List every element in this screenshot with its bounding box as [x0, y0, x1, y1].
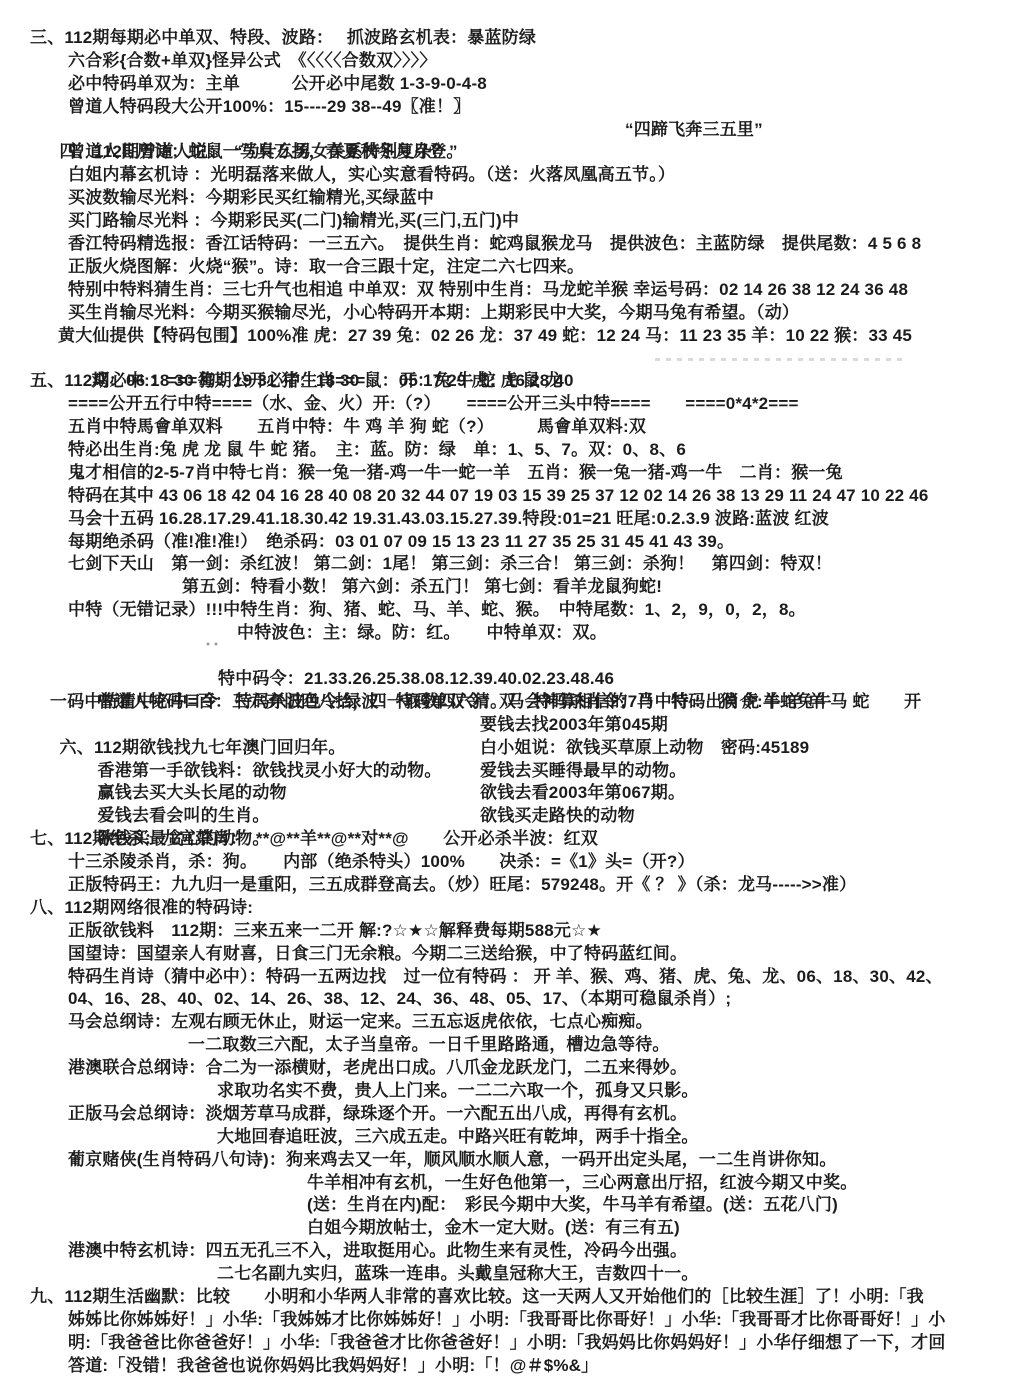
- text-line: 七剑下天山 第一剑：杀红波！ 第二剑：1尾！ 第三剑：杀三合！ 第三剑：杀狗！ …: [0, 553, 1014, 576]
- section-5: 五、112期必中:：===每期公开必中生肖=== 开：兔 牛 蛇 虎 鼠 龙 =…: [0, 370, 1014, 713]
- text-line: 04、16、28、40、02、14、26、38、12、24、36、48、05、1…: [0, 988, 1014, 1011]
- section-9: 九、112期生活幽默：比较 小明和小华两人非常的喜欢比较。这一天两人又开始他们的…: [0, 1286, 1014, 1378]
- lottery-tip-sheet: 三、112期每期必中单双、特段、波路： 抓波路玄机表：暴蓝防绿 六合彩{合数+单…: [0, 0, 1014, 1378]
- section-7: 七、112期绝杀：九宫禁肖： **@**羊**@**对**@ 公开必杀半波：红双…: [0, 828, 1014, 897]
- text-line: 必中特码单双为：主单 公开必中尾数 1-3-9-0-4-8: [0, 73, 1014, 96]
- text-line: 一码中特猜中必中=百：三六弃旧四八拾，四一取数四六猜。马会神算相信的7肖中特 ：…: [0, 691, 1014, 714]
- text-line: 八、112期网络很准的特码诗:: [0, 897, 1014, 920]
- text-line: 买生肖输尽光料：今期买猴输尽光，小心特码开本期：上期彩民中大奖，今期马兔有希望。…: [0, 302, 1014, 325]
- text-line: 七、112期绝杀：九宫禁肖： **@**羊**@**对**@ 公开必杀半波：红双: [0, 828, 1014, 851]
- text-line: 港澳联合总纲诗：合二为一添横财，老虎出口成。八爪金龙跃龙门，二五来得妙。: [0, 1057, 1014, 1080]
- text-line: ====公开五行中特====（水、金、火）开:（?） ====公开三头中特===…: [0, 393, 1014, 416]
- text-line: 姊姊比你姊姊好！」小华:「我姊姊才比你姊姊好！」小明:「我哥哥比你哥好！」小华:…: [0, 1309, 1014, 1332]
- text-line: 十三杀陵杀肖，杀：狗。 内部（绝杀特头）100% 决杀：=《1》头=（开?）: [0, 851, 1014, 874]
- text-line: 正版火烧图解：火烧“猴”。诗：取一合三跟十定，注定二六七四来。: [0, 256, 1014, 279]
- text-line: 白姐今期放帖士，金木一定大财。(送：有三有五): [0, 1217, 1014, 1240]
- text-line: 六、112期欲钱找九七年澳门回归年。 要钱去找2003年第045期: [0, 714, 1014, 737]
- text-line: 白姐内幕玄机诗 ：光明磊落来做人，实心实意看特码。（送：火落凤凰高五节。）: [0, 164, 1014, 187]
- text-line: 明:「我爸爸比你爸爸好！」小华:「我爸爸才比你爸爸好！」小明:「我妈妈比你妈妈好…: [0, 1332, 1014, 1355]
- text-line: 葡京赌侠(生肖特码八句诗)：狗来鸡去又一年，顺风顺水顺人意，一码开出定头尾，一二…: [0, 1149, 1014, 1172]
- text-line: 马会十五码 16.28.17.29.41.18.30.42 19.31.43.0…: [0, 508, 1014, 531]
- scan-artifact: [655, 358, 907, 361]
- text-line: 爱钱去看会叫的生肖。 欲钱去看2003年第067期。: [0, 782, 1014, 805]
- text-line: 正版欲钱料 112期：三来五来一二开 解:?☆★☆解释费每期588元☆★: [0, 920, 1014, 943]
- text-line: 一二取数三六配，太子当皇帝。一日千里路路通，槽边急等待。: [0, 1034, 1014, 1057]
- text-line: 二七名副九实归，蓝珠一连串。头戴皇冠称大王，吉数四十一。: [0, 1263, 1014, 1286]
- text-line: (送：生肖在内)配： 彩民今期中大奖，牛马羊有希望。(送：五花八门): [0, 1194, 1014, 1217]
- text-line: 四、112期曾道人说： “为什么男女关系特别复杂？” “四蹄飞奔三五里”: [0, 119, 1014, 142]
- text-line: 九、112期生活幽默：比较 小明和小华两人非常的喜欢比较。这一天两人又开始他们的…: [0, 1286, 1014, 1309]
- scan-artifact: [205, 642, 221, 647]
- line-right: “四蹄飞奔三五里”: [625, 119, 763, 142]
- section-8: 八、112期网络很准的特码诗: 正版欲钱料 112期：三来五来一二开 解:?☆★…: [0, 897, 1014, 1286]
- text-line: 买波数输尽光料：今期彩民买红输精光,买绿蓝中: [0, 187, 1014, 210]
- text-line: 曾道人日历诗：蛇鼠一写臭万扬，春夏秋冬月月登。: [0, 141, 1014, 164]
- text-line: 曾道人特码口令 特码杀波色令:绿波 特码单双令：双 特码杀肖令：马 特码出肖令:…: [0, 645, 1014, 668]
- text-line: 香港第一手欲钱料：欲钱找灵小好大的动物。 白小姐说：欲钱买草原上动物 密码:45…: [0, 737, 1014, 760]
- text-line: 国望诗：国望亲人有财喜，日食三门无余粮。今期二三送给猴，中了特码蓝红间。: [0, 943, 1014, 966]
- text-line: 中特波色：主：绿。防：红。 中特单双：双。: [0, 622, 1014, 645]
- text-line: 曾道人特码段大公开100%：15----29 38--49〖准！〗: [0, 96, 1014, 119]
- text-line: 香江特码精选报：香江话特码：一三五六。 提供生肖：蛇鸡鼠猴龙马 提供波色：主蓝防…: [0, 233, 1014, 256]
- text-line: 特码生肖诗（猜中必中）：特码一五两边找 过一位有特码 ： 开 羊、猴、鸡、猪、虎…: [0, 966, 1014, 989]
- text-line: 求取功名实不费，贵人上门来。一二二六取一个，孤身又只影。: [0, 1080, 1014, 1103]
- text-line: 马会总纲诗：左观右顾无休止，财运一定来。三五忘返虎依依，七点心痴痴。: [0, 1011, 1014, 1034]
- text-line: 港澳中特玄机诗：四五无孔三不入，进取挺用心。此物生来有灵性，冷码今出强。: [0, 1240, 1014, 1263]
- text-line: 五肖中特馬會单双料 五肖中特：牛 鸡 羊 狗 蛇（?） 馬會单双料:双: [0, 416, 1014, 439]
- text-line: 六合彩{合数+单双}怪异公式 《〈〈〈〈合数双〉〉〉〉: [0, 50, 1014, 73]
- section-3: 三、112期每期必中单双、特段、波路： 抓波路玄机表：暴蓝防绿 六合彩{合数+单…: [0, 27, 1014, 119]
- line-right: 要钱去找2003年第045期: [480, 714, 668, 737]
- line-right: 欲钱买走路快的动物: [480, 805, 635, 828]
- text-line: 每期绝杀码（准!准!准!） 绝杀码：03 01 07 09 15 13 23 1…: [0, 531, 1014, 554]
- text-line: 特码在其中 43 06 18 42 04 16 28 40 08 20 32 4…: [0, 485, 1014, 508]
- text-line: 鬼才相信的2-5-7肖中特七肖：猴一兔一猪-鸡一牛一蛇一羊 五肖：猴一兔一猪-鸡…: [0, 462, 1014, 485]
- text-line: 特中码令：21.33.26.25.38.08.12.39.40.02.23.48…: [0, 668, 1014, 691]
- text-line: 赢钱去买大头长尾的动物 爱钱去买睡得最早的动物。: [0, 760, 1014, 783]
- text-line: 第五剑：特看小数！ 第六剑：杀五门！ 第七剑：看羊龙鼠狗蛇!: [0, 576, 1014, 599]
- line-right: 爱钱去买睡得最早的动物。: [480, 760, 686, 783]
- text-line: 欲钱买最贪心的动物。 欲钱买走路快的动物: [0, 805, 1014, 828]
- text-line: 特必出生肖:兔 虎 龙 鼠 牛 蛇 猪。 主：蓝。防：绿 单：1、5、7。双：0…: [0, 439, 1014, 462]
- text-line: 正版特码王：九九归一是重阳，三五成群登高去。（炒）旺尾：579248。开《 ？ …: [0, 874, 1014, 897]
- text-line: 黄大仙提供【特码包围】100%准 虎：27 39 兔：02 26 龙：37 49…: [0, 325, 1014, 348]
- text-line: 大地回春追旺波，三六成五走。中路兴旺有乾坤，两手十指全。: [0, 1126, 1014, 1149]
- text-line: 三、112期每期必中单双、特段、波路： 抓波路玄机表：暴蓝防绿: [0, 27, 1014, 50]
- text-line: 五、112期必中:：===每期公开必中生肖=== 开：兔 牛 蛇 虎 鼠 龙: [0, 370, 1014, 393]
- text-line: 正版马会总纲诗：淡烟芳草马成群，绿珠逐个开。一六配五出八成，再得有玄机。: [0, 1103, 1014, 1126]
- section-6: 六、112期欲钱找九七年澳门回归年。 要钱去找2003年第045期 香港第一手欲…: [0, 714, 1014, 828]
- text-line: 鸡：06 18 30 狗：19 31 猪：18 30 鼠：05 17 29 虎：…: [0, 347, 1014, 370]
- section-4: 四、112期曾道人说： “为什么男女关系特别复杂？” “四蹄飞奔三五里” 曾道人…: [0, 119, 1014, 371]
- line-right: 欲钱去看2003年第067期。: [480, 782, 685, 805]
- text-line: 特别中特料猜生肖：三七升气也相追 中单双：双 特别中生肖：马龙蛇羊猴 幸运号码：…: [0, 279, 1014, 302]
- text-line: 牛羊相冲有玄机，一生好色他第一，三心两意出厅招，红波今期又中奖。: [0, 1172, 1014, 1195]
- text-line: 答道:「没错！我爸爸也说你妈妈比我妈妈好！」小明:「！@＃$%&」: [0, 1355, 1014, 1378]
- text-line: 中特（无错记录）!!!中特生肖：狗、猪、蛇、马、羊、蛇、猴。 中特尾数：1、2，…: [0, 599, 1014, 622]
- text-line: 买门路输尽光料 ：今期彩民买(二门)输精光,买(三门,五门)中: [0, 210, 1014, 233]
- line-right: 白小姐说：欲钱买草原上动物 密码:45189: [480, 737, 809, 760]
